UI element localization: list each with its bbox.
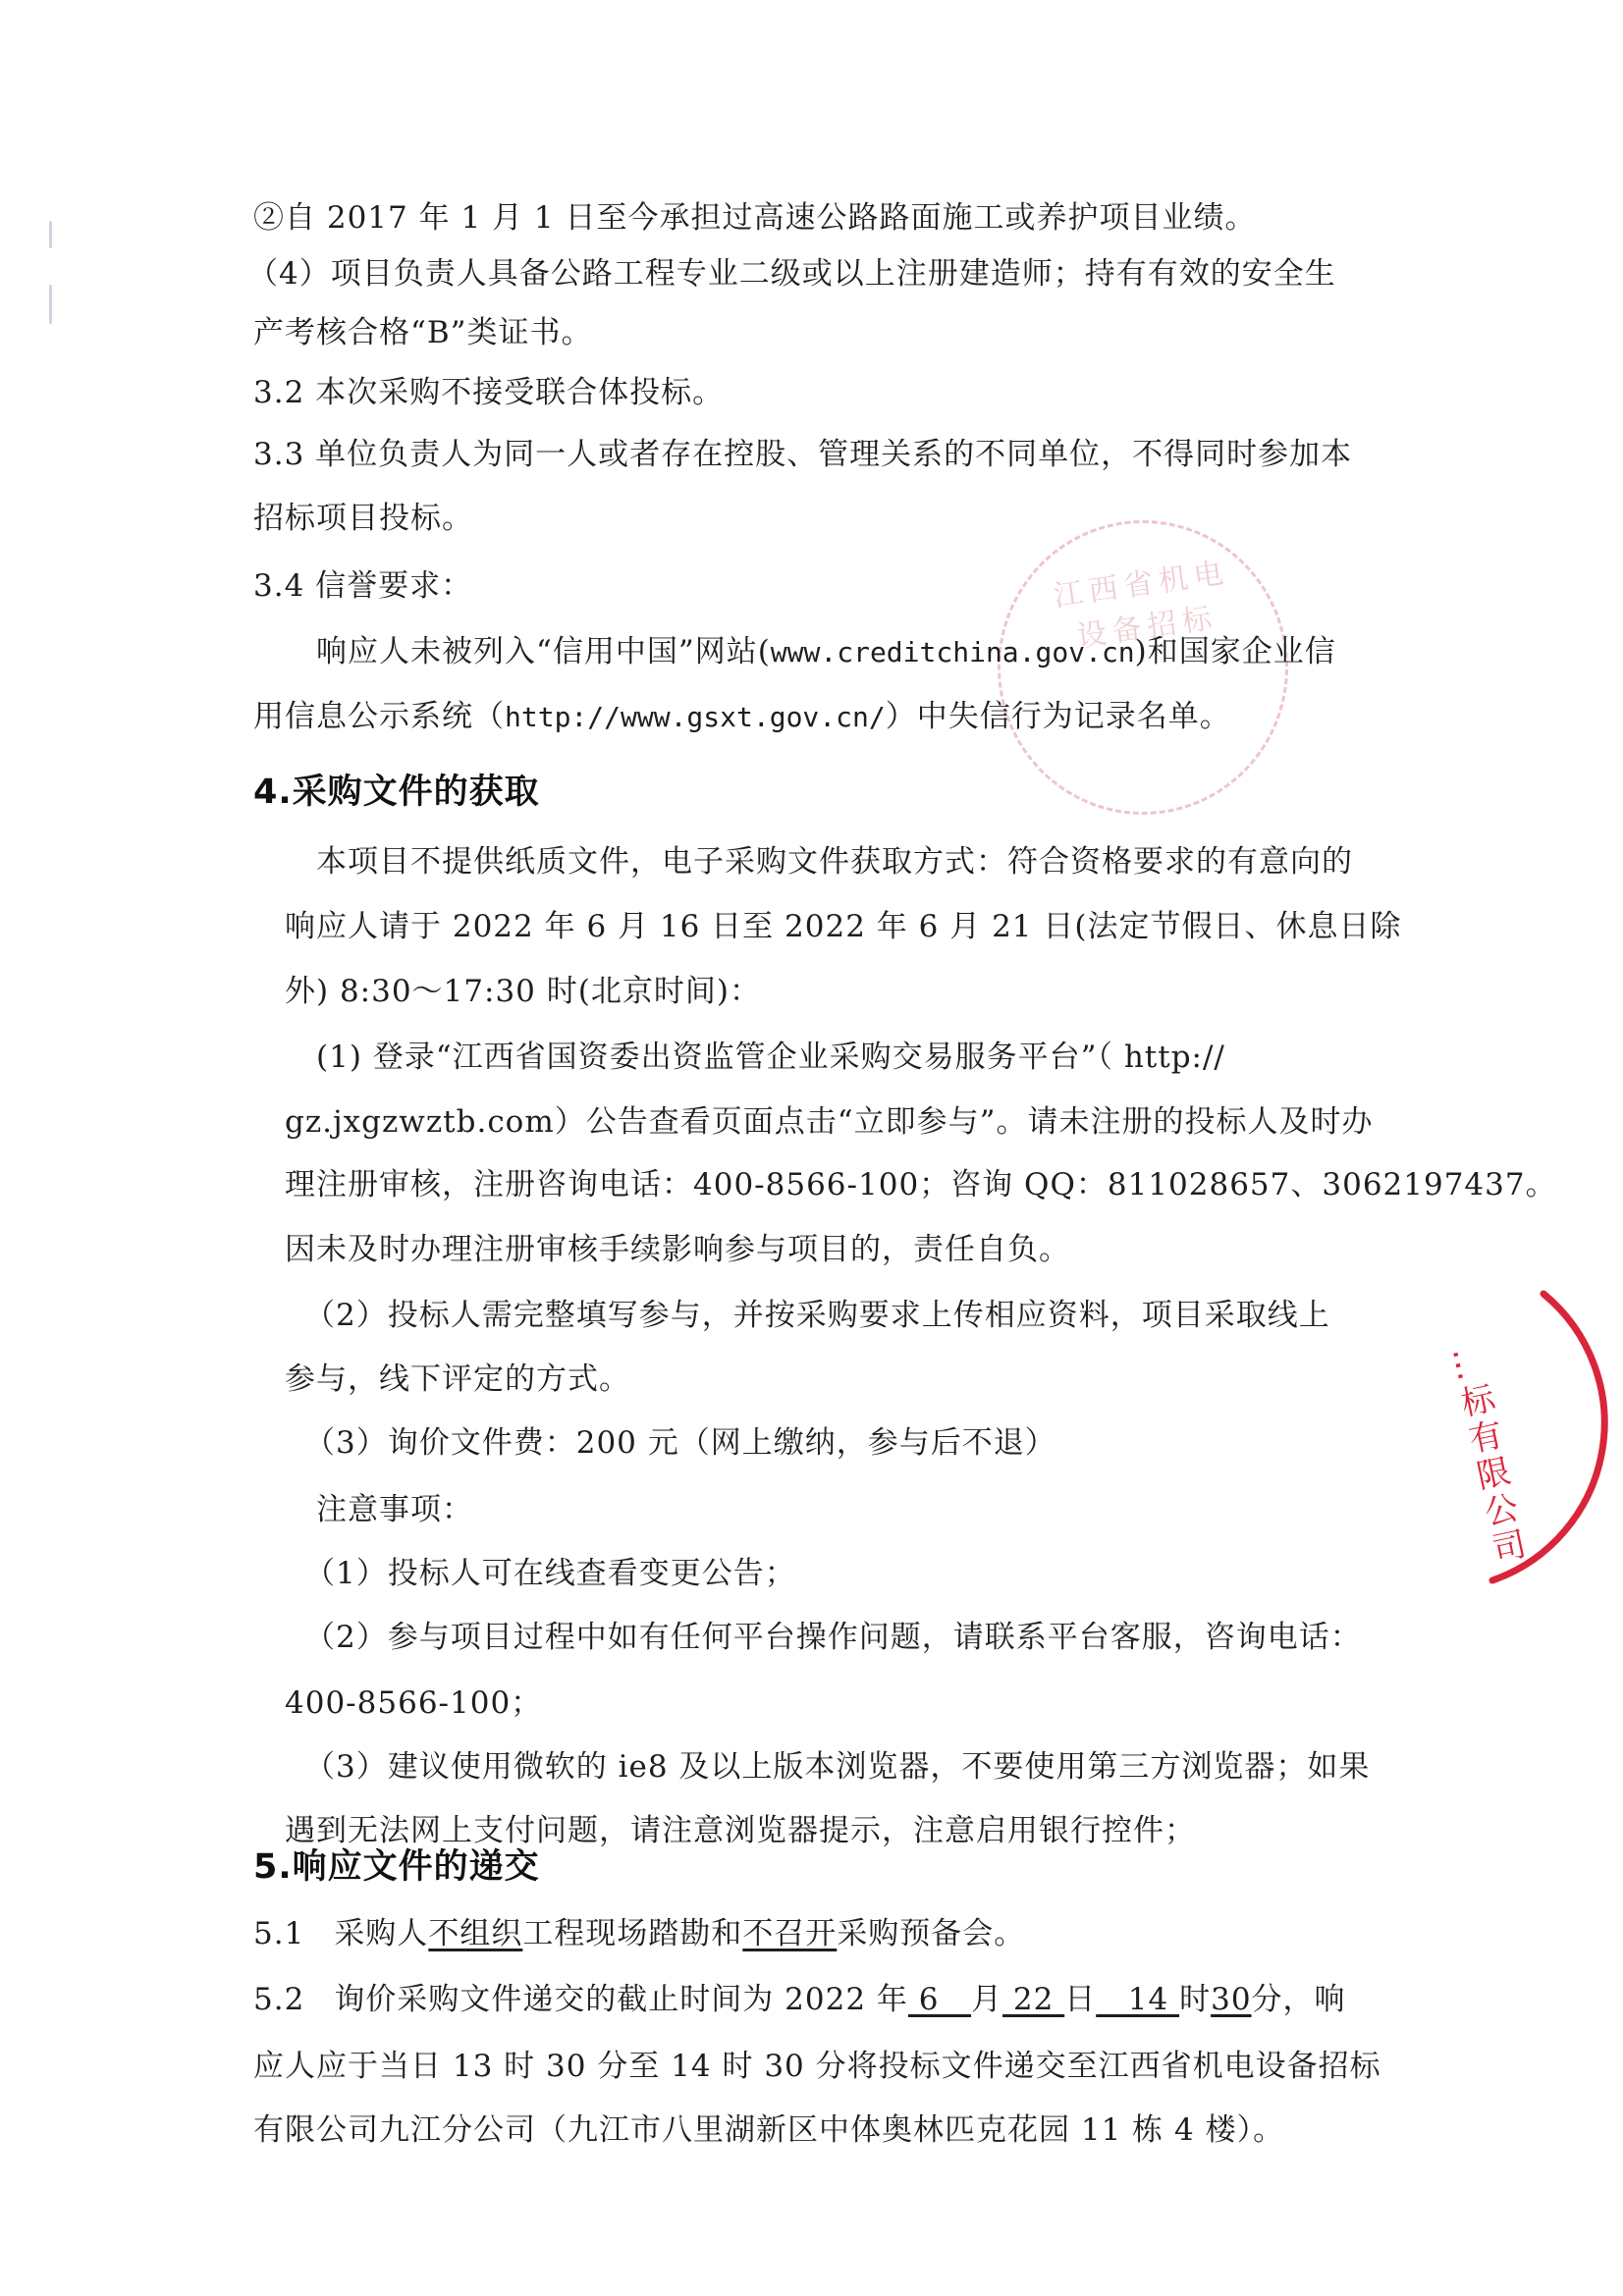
credit-text-c: )和国家企业信: [1135, 634, 1336, 669]
note-2-phone: 400-8566-100；: [285, 1683, 542, 1723]
credit-text-d: 用信息公示系统（: [253, 699, 505, 734]
credit-requirement-cont: 用信息公示系统（http://www.gsxt.gov.cn/）中失信行为记录名…: [253, 697, 1231, 736]
clause-3-3-cont: 招标项目投标。: [253, 499, 473, 538]
deadline-day: 22: [1002, 1982, 1064, 2017]
section-4-para: 响应人请于 2022 年 6 月 16 日至 2022 年 6 月 21 日(法…: [285, 907, 1401, 946]
section-4-para: 外) 8:30～17:30 时(北京时间)：: [285, 972, 761, 1011]
clause-text: 询价采购文件递交的截止时间为 2022 年: [334, 1982, 908, 2017]
creditchina-link[interactable]: www.creditchina.gov.cn: [771, 636, 1135, 668]
scan-mark: [49, 285, 52, 324]
note-3: （3）建议使用微软的 ie8 及以上版本浏览器，不要使用第三方浏览器；如果: [304, 1747, 1370, 1787]
clause-text: 采购人: [334, 1916, 428, 1951]
day-label: 日: [1064, 1982, 1096, 2017]
clause-5-2: 5.2询价采购文件递交的截止时间为 2022 年 6 月 22 日 14 时30…: [253, 1980, 1346, 2019]
section-4-heading: 4.采购文件的获取: [253, 771, 540, 814]
platform-url-line: gz.jxgzwztb.com）公告查看页面点击“立即参与”。请未注册的投标人及…: [285, 1102, 1373, 1142]
clause-3-2: 3.2 本次采购不接受联合体投标。: [253, 373, 724, 412]
notes-heading: 注意事项：: [316, 1490, 473, 1529]
credit-text-e: ）中失信行为记录名单。: [886, 699, 1231, 734]
document-fee: （3）询价文件费：200 元（网上缴纳，参与后不退）: [304, 1423, 1056, 1463]
bidder-upload-item: （2）投标人需完整填写参与，并按采购要求上传相应资料，项目采取线上: [304, 1296, 1330, 1335]
registration-note: 因未及时办理注册审核手续影响参与项目的，责任自负。: [285, 1230, 1070, 1269]
qualification-item-4-cont: 产考核合格“B”类证书。: [253, 313, 592, 352]
deadline-month: 6: [908, 1982, 971, 2017]
clause-5-2-address: 有限公司九江分公司（九江市八里湖新区中体奥林匹克花园 11 栋 4 楼）。: [253, 2110, 1284, 2150]
clause-text: 分，响: [1252, 1982, 1346, 2017]
qualification-item-4: （4）项目负责人具备公路工程专业二级或以上注册建造师；持有有效的安全生: [247, 254, 1336, 294]
clause-text: 工程现场踏勘和: [522, 1916, 742, 1951]
credit-text-a: 响应人未被列入“信用中国”网站(: [316, 634, 771, 669]
note-2: （2）参与项目过程中如有任何平台操作问题，请联系平台客服，咨询电话：: [304, 1618, 1362, 1657]
deadline-minute: 30: [1211, 1982, 1251, 2017]
clause-text: 采购预备会。: [837, 1916, 1025, 1951]
bidder-upload-cont: 参与，线下评定的方式。: [285, 1360, 630, 1399]
clause-5-1: 5.1采购人不组织工程现场踏勘和不召开采购预备会。: [253, 1914, 1025, 1953]
clause-3-4: 3.4 信誉要求：: [253, 566, 472, 606]
deadline-hour: 14: [1096, 1982, 1179, 2017]
clause-number: 5.2: [253, 1982, 304, 2017]
clause-3-3: 3.3 单位负责人为同一人或者存在控股、管理关系的不同单位，不得同时参加本: [253, 435, 1352, 474]
registration-contact: 理注册审核，注册咨询电话：400-8566-100；咨询 QQ：81102865…: [285, 1165, 1557, 1204]
gsxt-link[interactable]: http://www.gsxt.gov.cn/: [505, 701, 886, 733]
note-3-cont: 遇到无法网上支付问题，请注意浏览器提示，注意启用银行控件；: [285, 1811, 1196, 1850]
qualification-item-2: ②自 2017 年 1 月 1 日至今承担过高速公路路面施工或养护项目业绩。: [253, 198, 1256, 238]
credit-requirement: 响应人未被列入“信用中国”网站(www.creditchina.gov.cn)和…: [316, 632, 1336, 671]
underlined-term: 不召开: [742, 1916, 837, 1951]
month-label: 月: [971, 1982, 1002, 2017]
hour-label: 时: [1179, 1982, 1211, 2017]
clause-number: 5.1: [253, 1916, 304, 1951]
underlined-term: 不组织: [428, 1916, 522, 1951]
clause-5-2-cont: 应人应于当日 13 时 30 分至 14 时 30 分将投标文件递交至江西省机电…: [253, 2047, 1381, 2086]
scan-mark: [49, 221, 52, 248]
section-5-heading: 5.响应文件的递交: [253, 1845, 540, 1889]
note-1: （1）投标人可在线查看变更公告；: [304, 1554, 796, 1593]
section-4-para: 本项目不提供纸质文件，电子采购文件获取方式：符合资格要求的有意向的: [316, 842, 1353, 881]
platform-login-item: (1) 登录“江西省国资委出资监管企业采购交易服务平台”（ http://: [316, 1038, 1225, 1077]
